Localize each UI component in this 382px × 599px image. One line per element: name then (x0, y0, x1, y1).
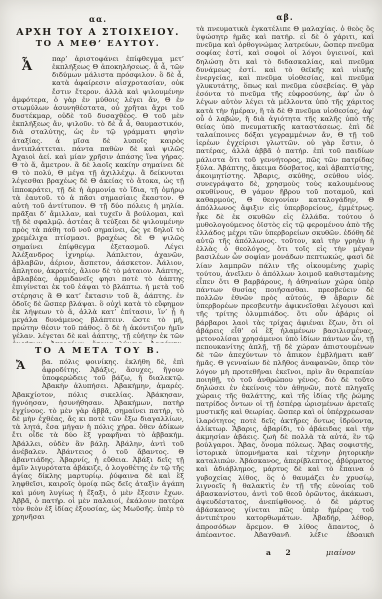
left-column: αα. ΑΡΧΗ ΤΟΥ Α ΣΤΟΙΧΕΙΟΥ. ΤΟ Α ΜΕΘ’ ΕΑΥΤ… (12, 14, 184, 554)
catchword: μιαίνον (326, 548, 355, 557)
section-heading-alpha-with-beta: ΤΟ Α ΜΕΤΑ ΤΟΥ Β. (12, 346, 184, 356)
initial-spacer-small: Ἄ (12, 358, 42, 383)
quire-signature: a 2 (266, 548, 297, 557)
right-body-text: τὰ πνευματικὰ ἐγκατέλιπε Θ μαλαχίας. ὁ θ… (196, 25, 374, 537)
left-body-second-section: Ἄ βα. πόλις φοινίκης. ἐκλήθη δὲ, ἐπὶ ἀφρ… (12, 358, 184, 526)
right-column: αβ. τὰ πνευματικὰ ἐγκατέλιπε Θ μαλαχίας.… (196, 12, 374, 546)
left-folio-label: αα. (12, 14, 184, 24)
scanned-book-page: αα. ΑΡΧΗ ΤΟΥ Α ΣΤΟΙΧΕΙΟΥ. ΤΟ Α ΜΕΘ’ ΕΑΥΤ… (0, 0, 382, 599)
margin-initial-alpha-2: Ἄ (16, 362, 25, 370)
left-body-first-text: παρ’ ἀριστοφάνει ἐπίφθεγμα μετ’ ἐκπλήξεω… (12, 55, 184, 343)
section-heading-alpha-with-itself: ΤΟ Α ΜΕΘ’ ΕΑΥΤΟΥ. (12, 39, 184, 49)
margin-initial-alpha: Ἆ (22, 63, 32, 71)
right-folio-label: αβ. (196, 12, 374, 22)
left-body-first-section: Ἆ παρ’ ἀριστοφάνει ἐπίφθεγμα μετ’ ἐκπλήξ… (12, 55, 184, 343)
initial-spacer: Ἆ (12, 55, 52, 88)
footer-line: a 2 μιαίνον (196, 548, 374, 560)
chapter-heading: ΑΡΧΗ ΤΟΥ Α ΣΤΟΙΧΕΙΟΥ. (12, 27, 184, 38)
